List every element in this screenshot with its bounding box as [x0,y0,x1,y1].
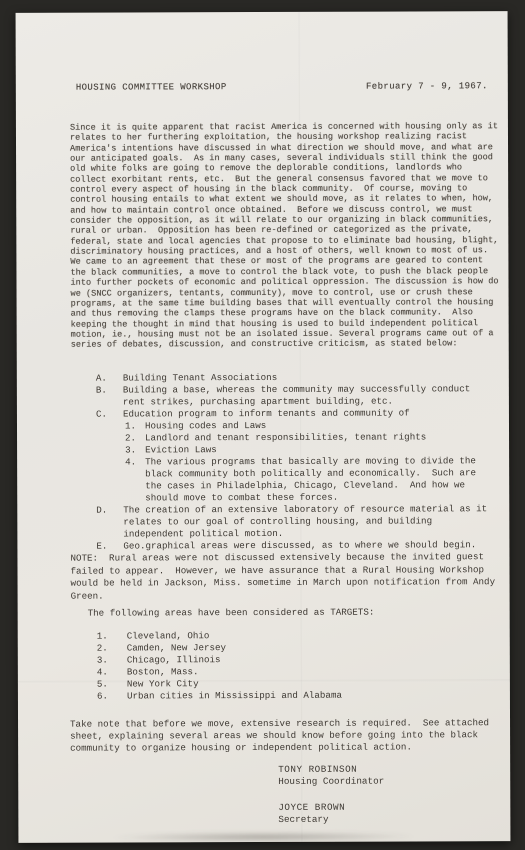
targets-list: 1. Cleveland, Ohio 2. Camden, New Jersey… [72,629,496,702]
target-list-item-label: 2. [97,642,127,654]
program-list-item-label: D. [96,504,123,540]
document-page: HOUSING COMMITTEE WORKSHOP February 7 - … [16,11,511,843]
program-list-item-text: Building a base, whereas the community m… [123,383,495,408]
program-list-item-label: 2. [125,432,145,444]
target-list-item-label: 3. [97,654,127,666]
signature: TONY ROBINSON Housing Coordinator [278,764,384,787]
signature-role: Housing Coordinator [278,775,384,787]
program-list-item-label: C. [96,408,123,420]
program-list-item: D. The creation of an extensive laborato… [71,503,495,540]
target-list-item: 6. Urban cities in Mississippi and Alaba… [72,689,496,702]
program-list-item: B. Building a base, whereas the communit… [71,383,495,408]
target-list-item-label: 1. [97,630,127,642]
program-list: A. Building Tenant Associations B. Build… [71,371,496,552]
document-title: HOUSING COMMITTEE WORKSHOP [76,82,227,93]
program-list-item-label: B. [96,384,123,408]
program-list-item-label: 4. [125,456,145,504]
note-paragraph: NOTE: Rural areas were not discussed ext… [70,551,496,602]
target-list-item-label: 5. [97,678,127,690]
intro-paragraph: Since it is quite apparent that racist A… [70,121,501,350]
program-list-item-text: The various programs that basically are … [145,455,495,504]
closing-paragraph: Take note that before we move, extensive… [70,717,502,754]
program-list-item-label: E. [96,540,123,552]
signature: JOYCE BROWN Secretary [278,802,384,825]
signature-block: TONY ROBINSON Housing Coordinator JOYCE … [278,764,384,840]
program-list-item-label: 3. [125,444,145,456]
program-list-item-text: The creation of an extensive laboratory … [123,503,495,540]
targets-intro: The following areas have been considered… [88,606,498,618]
signature-name: JOYCE BROWN [278,802,384,814]
document-header: HOUSING COMMITTEE WORKSHOP February 7 - … [76,81,488,92]
document-date: February 7 - 9, 1967. [366,81,488,91]
target-list-item-label: 4. [97,666,127,678]
program-list-item: 4. The various programs that basically a… [71,455,495,504]
program-list-item-label: A. [96,372,123,384]
signature-name: TONY ROBINSON [278,764,384,776]
target-list-item-text: Urban cities in Mississippi and Alabama [127,689,496,702]
target-list-item-label: 6. [97,690,127,702]
signature-role: Secretary [278,813,384,825]
program-list-item-label: 1. [125,420,145,432]
